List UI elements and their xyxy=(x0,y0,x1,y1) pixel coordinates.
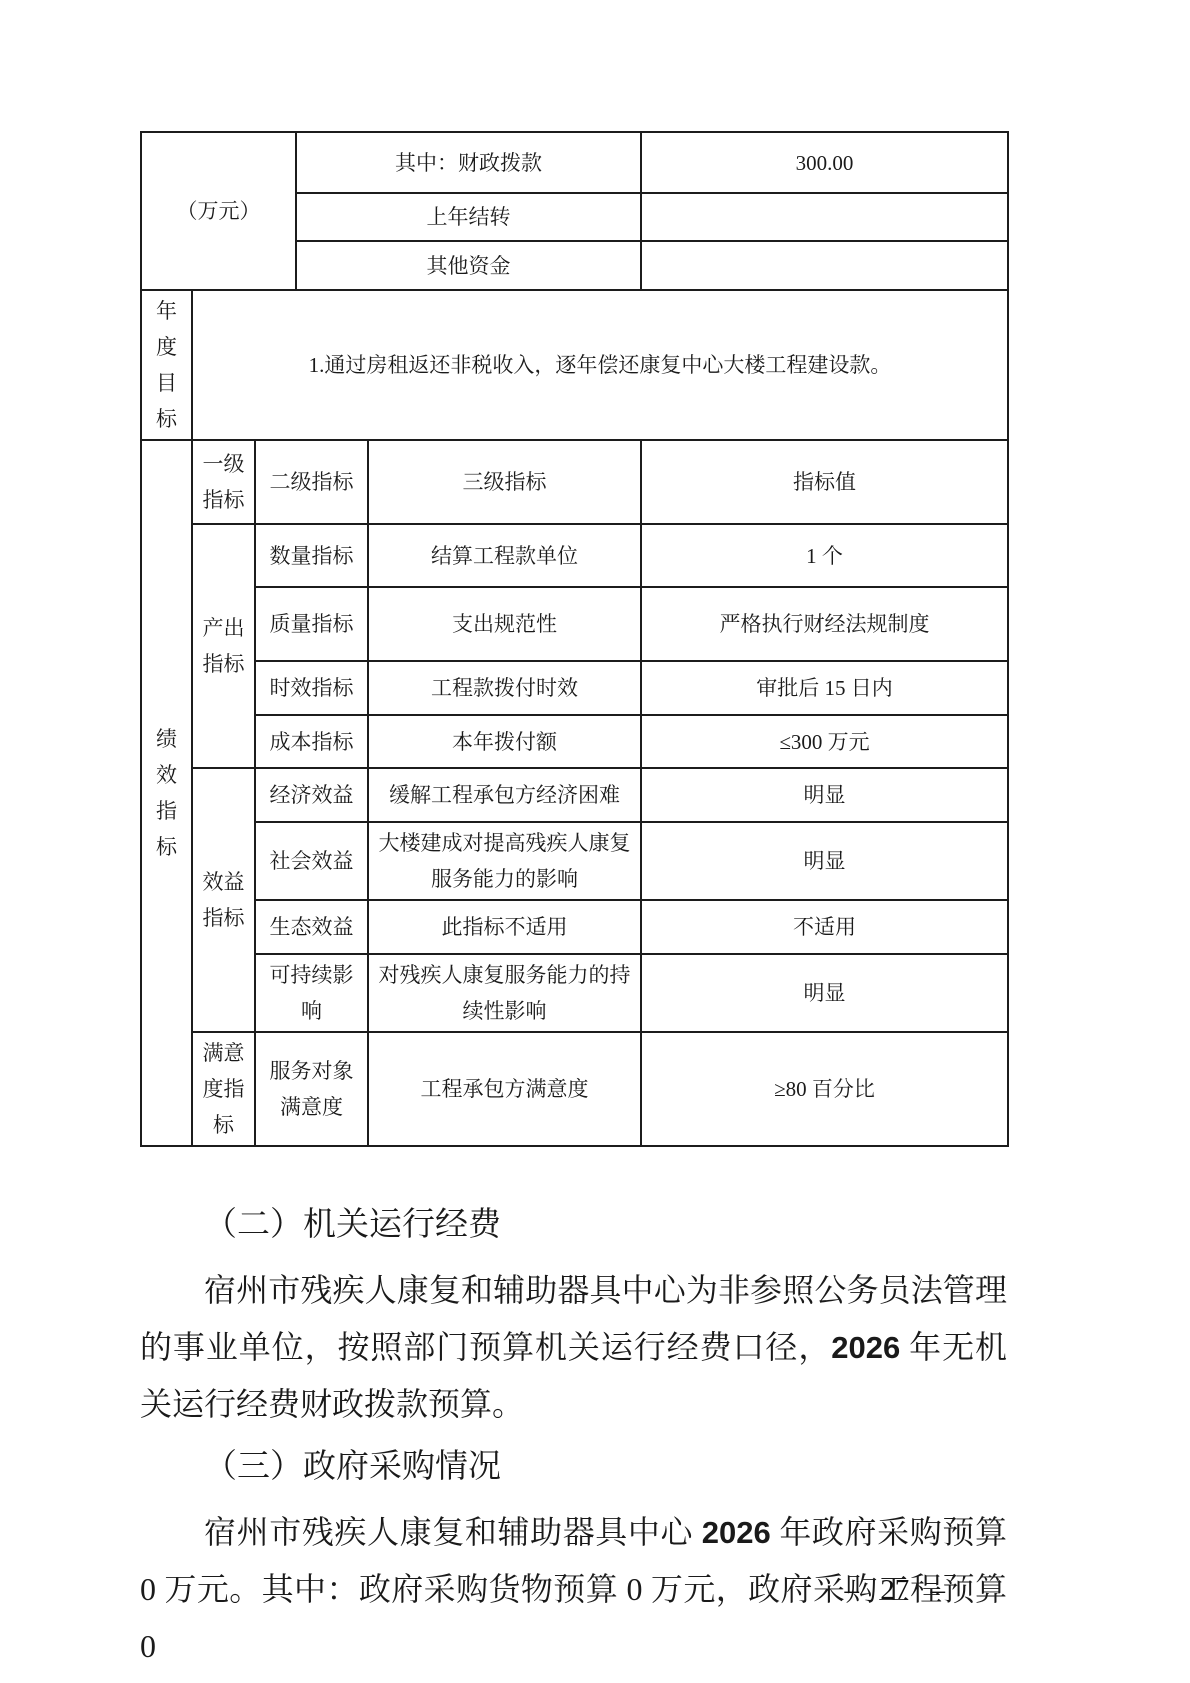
indicator-l2: 经济效益 xyxy=(255,768,368,822)
table-row: 社会效益 大楼建成对提高残疾人康复服务能力的影响 明显 xyxy=(141,822,1008,900)
funding-row-value xyxy=(641,241,1008,290)
table-row: 效益指标 经济效益 缓解工程承包方经济困难 明显 xyxy=(141,768,1008,822)
indicator-l3: 缓解工程承包方经济困难 xyxy=(368,768,641,822)
table-row: 时效指标 工程款拨付时效 审批后 15 日内 xyxy=(141,661,1008,715)
table-row: 年度目标 1.通过房租返还非税收入，逐年偿还康复中心大楼工程建设款。 xyxy=(141,290,1008,440)
table-row: 绩效指标 一级指标 二级指标 三级指标 指标值 xyxy=(141,440,1008,524)
indicator-value: 严格执行财经法规制度 xyxy=(641,587,1008,661)
indicator-l3: 大楼建成对提高残疾人康复服务能力的影响 xyxy=(368,822,641,900)
section-heading-2: （二）机关运行经费 xyxy=(140,1197,1007,1254)
header-level1: 一级指标 xyxy=(192,440,255,524)
section-heading-3: （三）政府采购情况 xyxy=(140,1439,1007,1496)
funding-row-value: 300.00 xyxy=(641,132,1008,193)
funding-unit-cell: （万元） xyxy=(141,132,296,290)
table-row: 满意度指标 服务对象满意度 工程承包方满意度 ≥80 百分比 xyxy=(141,1032,1008,1146)
page-number: – 27 – xyxy=(845,1574,946,1607)
indicator-l2: 生态效益 xyxy=(255,900,368,954)
indicator-value: 审批后 15 日内 xyxy=(641,661,1008,715)
funding-row-value xyxy=(641,193,1008,241)
indicator-l2: 数量指标 xyxy=(255,524,368,587)
table-row: 可持续影响 对残疾人康复服务能力的持续性影响 明显 xyxy=(141,954,1008,1032)
performance-section-label: 绩效指标 xyxy=(141,440,192,1146)
section-2-paragraph: 宿州市残疾人康复和辅助器具中心为非参照公务员法管理的事业单位，按照部门预算机关运… xyxy=(140,1262,1007,1433)
indicator-l2: 服务对象满意度 xyxy=(255,1032,368,1146)
indicator-value: 明显 xyxy=(641,822,1008,900)
annual-goal-label: 年度目标 xyxy=(141,290,192,440)
funding-row-label: 其中：财政拨款 xyxy=(296,132,641,193)
indicator-l3: 本年拨付额 xyxy=(368,715,641,768)
group-label-satisfaction: 满意度指标 xyxy=(192,1032,255,1146)
indicator-l2: 社会效益 xyxy=(255,822,368,900)
indicator-l3: 工程承包方满意度 xyxy=(368,1032,641,1146)
table-row: 生态效益 此指标不适用 不适用 xyxy=(141,900,1008,954)
header-level2: 二级指标 xyxy=(255,440,368,524)
indicator-value: 不适用 xyxy=(641,900,1008,954)
table-row: 产出指标 数量指标 结算工程款单位 1 个 xyxy=(141,524,1008,587)
group-label-output: 产出指标 xyxy=(192,524,255,768)
indicator-value: ≤300 万元 xyxy=(641,715,1008,768)
group-label-benefit: 效益指标 xyxy=(192,768,255,1032)
indicator-value: 明显 xyxy=(641,954,1008,1032)
indicator-l2: 时效指标 xyxy=(255,661,368,715)
funding-row-label: 上年结转 xyxy=(296,193,641,241)
indicator-l3: 此指标不适用 xyxy=(368,900,641,954)
table-row: 质量指标 支出规范性 严格执行财经法规制度 xyxy=(141,587,1008,661)
indicator-value: 明显 xyxy=(641,768,1008,822)
indicator-value: 1 个 xyxy=(641,524,1008,587)
indicator-l2: 成本指标 xyxy=(255,715,368,768)
indicator-l2: 质量指标 xyxy=(255,587,368,661)
indicator-l3: 支出规范性 xyxy=(368,587,641,661)
indicator-l2: 可持续影响 xyxy=(255,954,368,1032)
indicator-value: ≥80 百分比 xyxy=(641,1032,1008,1146)
header-level3: 三级指标 xyxy=(368,440,641,524)
table-row: 成本指标 本年拨付额 ≤300 万元 xyxy=(141,715,1008,768)
page-content: （万元） 其中：财政拨款 300.00 上年结转 其他资金 年度目标 1.通过房… xyxy=(140,131,1007,1675)
document-page: （万元） 其中：财政拨款 300.00 上年结转 其他资金 年度目标 1.通过房… xyxy=(0,0,1190,1683)
funding-row-label: 其他资金 xyxy=(296,241,641,290)
header-value: 指标值 xyxy=(641,440,1008,524)
indicator-l3: 工程款拨付时效 xyxy=(368,661,641,715)
budget-performance-table: （万元） 其中：财政拨款 300.00 上年结转 其他资金 年度目标 1.通过房… xyxy=(140,131,1009,1147)
indicator-l3: 结算工程款单位 xyxy=(368,524,641,587)
annual-goal-content: 1.通过房租返还非税收入，逐年偿还康复中心大楼工程建设款。 xyxy=(192,290,1008,440)
table-row: （万元） 其中：财政拨款 300.00 xyxy=(141,132,1008,193)
indicator-l3: 对残疾人康复服务能力的持续性影响 xyxy=(368,954,641,1032)
